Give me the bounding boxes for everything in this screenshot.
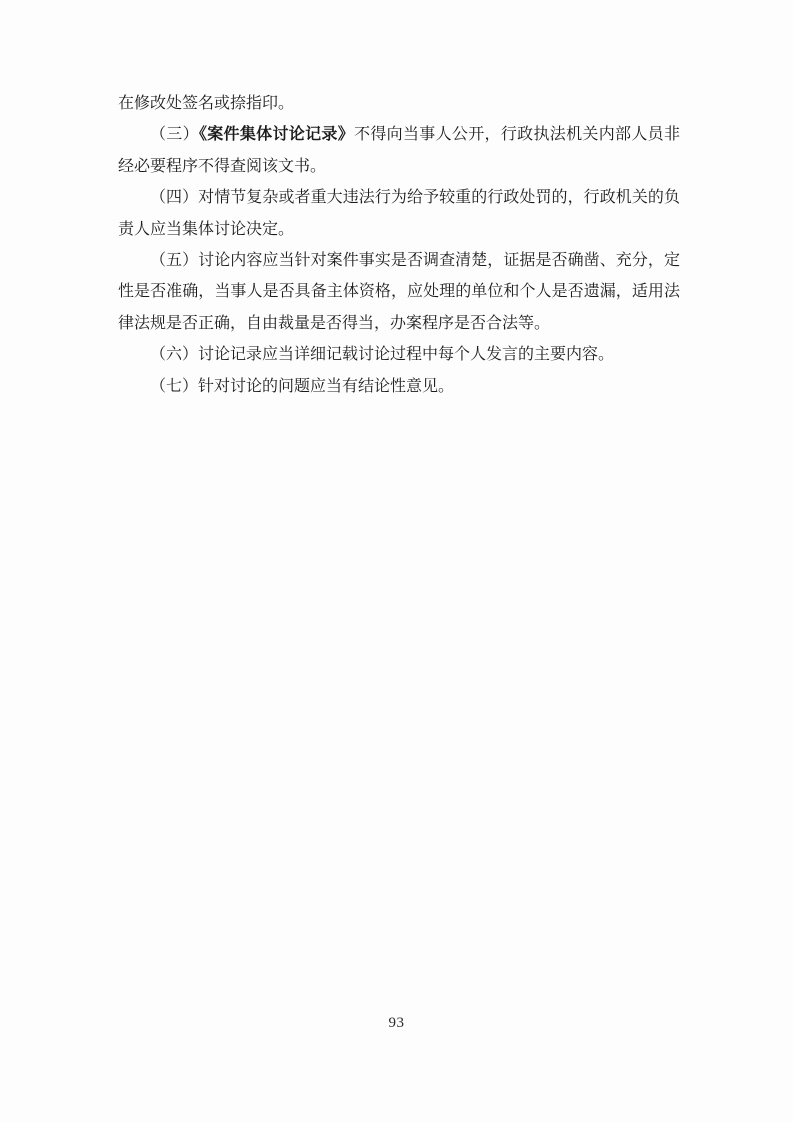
paragraph: （六）讨论记录应当详细记载讨论过程中每个人发言的主要内容。 xyxy=(118,339,680,370)
paragraph: 在修改处签名或捺指印。 xyxy=(118,88,680,119)
paragraph-text: （三） xyxy=(150,126,199,143)
document-page: 在修改处签名或捺指印。（三）《案件集体讨论记录》不得向当事人公开，行政执法机关内… xyxy=(0,0,793,1122)
paragraph: （四）对情节复杂或者重大违法行为给予较重的行政处罚的，行政机关的负责人应当集体讨… xyxy=(118,182,680,245)
page-footer: 93 xyxy=(0,1013,793,1033)
paragraph: （三）《案件集体讨论记录》不得向当事人公开，行政执法机关内部人员非经必要程序不得… xyxy=(118,119,680,182)
paragraph-text: 在修改处签名或捺指印。 xyxy=(118,95,294,112)
page-number: 93 xyxy=(389,1015,405,1031)
document-body: 在修改处签名或捺指印。（三）《案件集体讨论记录》不得向当事人公开，行政执法机关内… xyxy=(118,88,680,402)
paragraph-text: （五）讨论内容应当针对案件事实是否调查清楚，证据是否确凿、充分，定性是否准确，当… xyxy=(118,252,680,332)
paragraph-text: （六）讨论记录应当详细记载讨论过程中每个人发言的主要内容。 xyxy=(150,346,614,363)
book-title-text: 《案件集体讨论记录》 xyxy=(199,126,354,143)
paragraph: （五）讨论内容应当针对案件事实是否调查清楚，证据是否确凿、充分，定性是否准确，当… xyxy=(118,245,680,339)
paragraph-text: （四）对情节复杂或者重大违法行为给予较重的行政处罚的，行政机关的负责人应当集体讨… xyxy=(118,189,680,237)
paragraph: （七）针对讨论的问题应当有结论性意见。 xyxy=(118,371,680,402)
paragraph-text: （七）针对讨论的问题应当有结论性意见。 xyxy=(150,378,454,395)
